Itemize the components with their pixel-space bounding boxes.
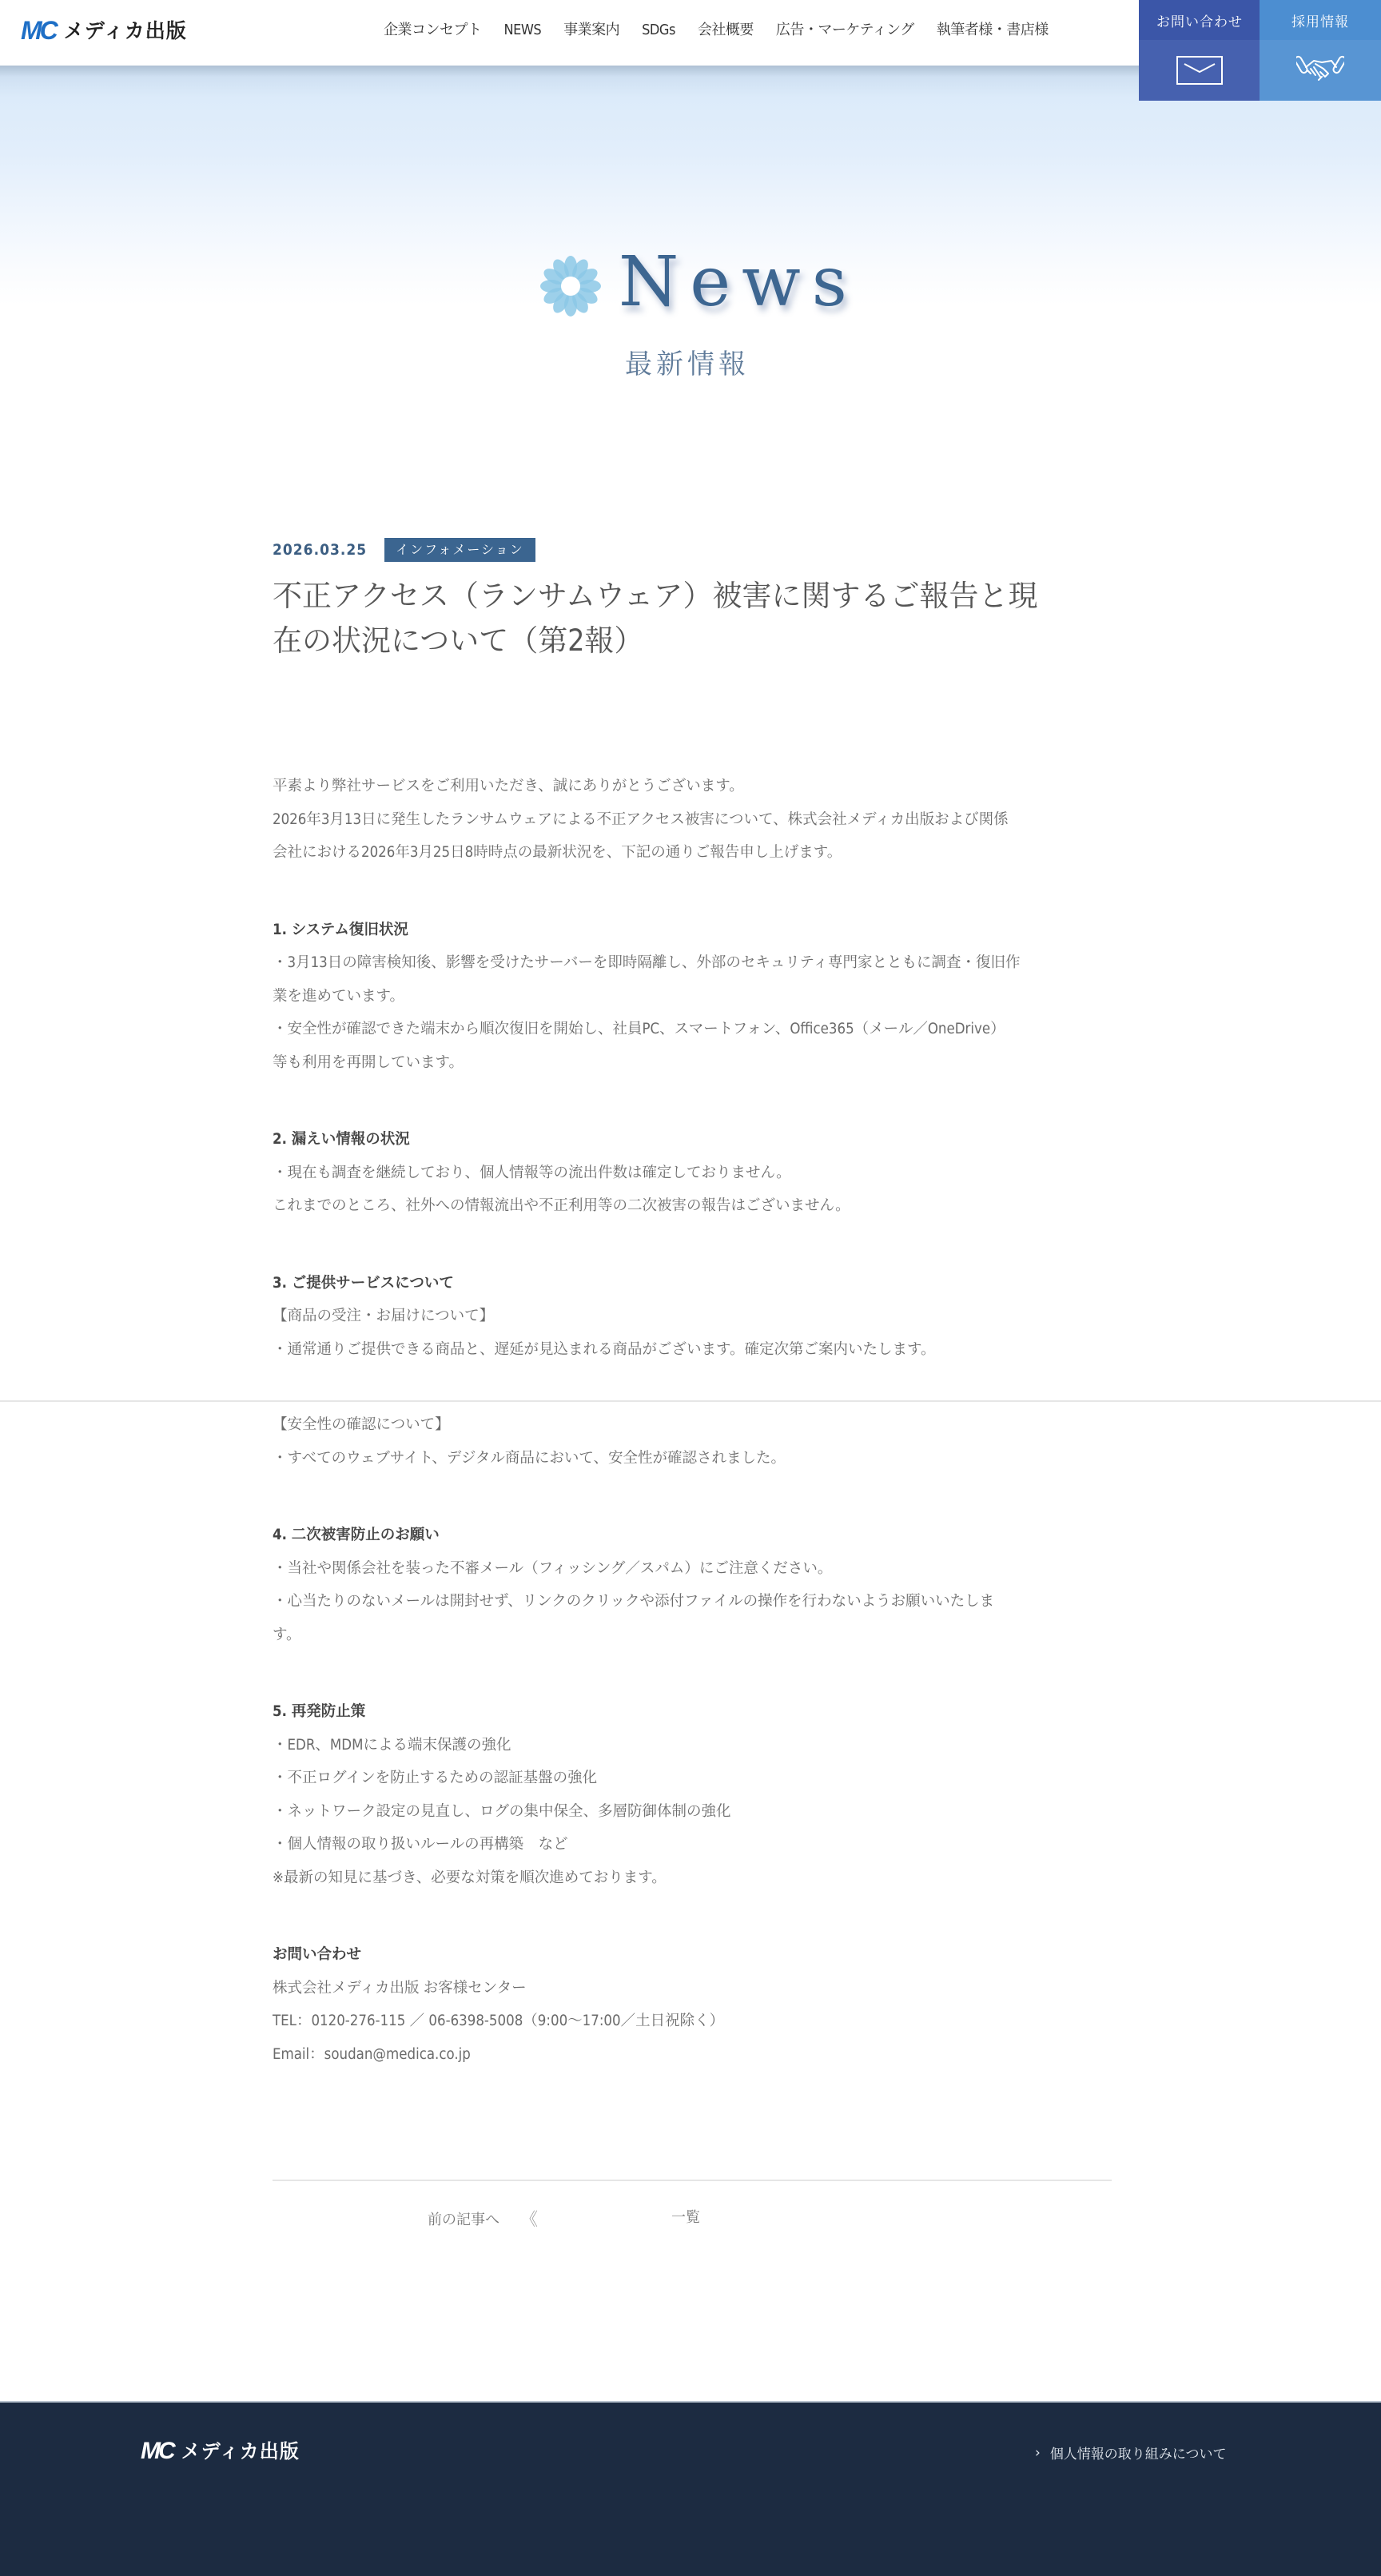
nav-item-concept[interactable]: 企業コンセプト: [384, 19, 493, 42]
nav-item-news[interactable]: NEWS: [493, 19, 553, 42]
body-line: ・当社や関係会社を装った不審メール（フィッシング／スパム）にご注意ください。: [273, 1552, 1112, 1586]
recruit-label: 採用情報: [1260, 0, 1381, 40]
body-line: ・不正ログインを防止するための認証基盤の強化: [273, 1762, 1112, 1795]
footer-logo[interactable]: MC メディカ出版: [141, 2439, 300, 2463]
nav-item-company[interactable]: 会社概要: [687, 19, 765, 42]
section-heading: 3. ご提供サービスについて: [273, 1267, 1112, 1300]
post-navigation: 前の記事へ 《 一覧: [0, 2206, 1381, 2230]
nav-item-business[interactable]: 事業案内: [552, 19, 631, 42]
body-line: 【商品の受注・お届けについて】: [273, 1300, 1112, 1333]
body-line: ・心当たりのないメールは開封せず、リンクのクリックや添付ファイルの操作を行わない…: [273, 1585, 1112, 1618]
double-chevron-left-icon: 《: [520, 2206, 538, 2231]
body-line: ・現在も調査を継続しており、個人情報等の流出件数は確定しておりません。: [273, 1157, 1112, 1190]
body-line: ・3月13日の障害検知後、影響を受けたサーバーを即時隔離し、外部のセキュリティ専…: [273, 946, 1112, 980]
nav-item-sdgs[interactable]: SDGs: [631, 19, 687, 42]
envelope-icon: [1176, 56, 1223, 85]
article-meta: 2026.03.25 インフォメーション: [273, 537, 1112, 563]
intro-line: 2026年3月13日に発生したランサムウェアによる不正アクセス被害について、株式…: [273, 803, 1112, 837]
contact-label: お問い合わせ: [1139, 0, 1260, 40]
body-line: 等も利用を再開しています。: [273, 1046, 1112, 1080]
section-heading: 1. システム復旧状況: [273, 914, 1112, 947]
section-heading: 5. 再発防止策: [273, 1695, 1112, 1729]
body-line: ・個人情報の取り扱いルールの再構築 など: [273, 1828, 1112, 1861]
page-subtitle: 最新情報: [625, 342, 750, 381]
section-heading: お問い合わせ: [273, 1938, 1112, 1972]
section-heading: 4. 二次被害防止のお願い: [273, 1519, 1112, 1552]
site-footer: MC メディカ出版 › 個人情報の取り組みについて: [0, 2401, 1381, 2576]
article-title-line1: 不正アクセス（ランサムウェア）被害に関するご報告と現: [273, 579, 1038, 613]
body-line: これまでのところ、社外への情報流出や不正利用等の二次被害の報告はございません。: [273, 1189, 1112, 1223]
body-line: 【安全性の確認について】: [273, 1408, 1112, 1442]
body-line: ・通常通りご提供できる商品と、遅延が見込まれる商品がございます。確定次第ご案内い…: [273, 1333, 1112, 1367]
footer-logo-text: メディカ出版: [181, 2442, 300, 2461]
contact-line: 株式会社メディカ出版 お客様センター: [273, 1972, 1112, 2005]
body-line: 業を進めています。: [273, 980, 1112, 1013]
site-logo[interactable]: MC メディカ出版: [21, 18, 187, 43]
recruit-button[interactable]: 採用情報: [1260, 0, 1381, 101]
flower-icon: [540, 256, 601, 317]
body-line: ・安全性が確認できた端末から順次復旧を開始し、社員PC、スマートフォン、Offi…: [273, 1013, 1112, 1046]
article-title: 不正アクセス（ランサムウェア）被害に関するご報告と現 在の状況について（第2報）: [273, 574, 1112, 663]
article-header: 2026.03.25 インフォメーション 不正アクセス（ランサムウェア）被害に関…: [273, 537, 1112, 663]
category-badge[interactable]: インフォメーション: [384, 538, 535, 562]
article-divider: [273, 2180, 1112, 2181]
nav-item-authors-bookstores[interactable]: 執筆者様・書店様: [925, 19, 1060, 42]
body-line: ・EDR、MDMによる端末保護の強化: [273, 1729, 1112, 1762]
body-line: ・すべてのウェブサイト、デジタル商品において、安全性が確認されました。: [273, 1442, 1112, 1475]
section-heading: 2. 漏えい情報の状況: [273, 1123, 1112, 1157]
body-line: ・ネットワーク設定の見直し、ログの集中保全、多層防御体制の強化: [273, 1795, 1112, 1829]
logo-mark: MC: [21, 18, 56, 43]
article-body-continued: 【安全性の確認について】 ・すべてのウェブサイト、デジタル商品において、安全性が…: [273, 1408, 1112, 2071]
intro-line: 会社における2026年3月25日8時時点の最新状況を、下記の通りご報告申し上げま…: [273, 836, 1112, 870]
article-title-line2: 在の状況について（第2報）: [273, 623, 643, 658]
contact-button[interactable]: お問い合わせ: [1139, 0, 1260, 101]
body-line: す。: [273, 1618, 1112, 1652]
privacy-policy-label: 個人情報の取り組みについて: [1050, 2443, 1227, 2463]
page-break-line: [0, 1400, 1381, 1402]
article-date: 2026.03.25: [273, 541, 367, 559]
intro-line: 平素より弊社サービスをご利用いただき、誠にありがとうございます。: [273, 770, 1112, 803]
list-link[interactable]: 一覧: [671, 2206, 700, 2227]
handshake-icon: [1296, 53, 1344, 88]
page-title: News: [619, 248, 858, 317]
logo-text: メディカ出版: [64, 21, 187, 41]
prev-article-label: 前の記事へ: [428, 2208, 499, 2229]
body-line: ※最新の知見に基づき、必要な対策を順次進めております。: [273, 1861, 1112, 1895]
contact-phone: TEL：0120-276-115 ／ 06-6398-5008（9:00～17:…: [273, 2005, 1112, 2038]
footer-logo-mark: MC: [141, 2439, 173, 2463]
privacy-policy-link[interactable]: › 個人情報の取り組みについて: [1035, 2443, 1226, 2463]
prev-article-link[interactable]: 前の記事へ 《: [428, 2206, 538, 2231]
nav-item-advertising[interactable]: 広告・マーケティング: [765, 19, 925, 42]
contact-email[interactable]: Email：soudan@medica.co.jp: [273, 2038, 1112, 2072]
article-body: 平素より弊社サービスをご利用いただき、誠にありがとうございます。 2026年3月…: [273, 770, 1112, 1366]
hero-title: News: [540, 248, 858, 317]
chevron-right-icon: ›: [1035, 2445, 1041, 2461]
global-nav: 企業コンセプト NEWS 事業案内 SDGs 会社概要 広告・マーケティング 執…: [384, 19, 1060, 42]
